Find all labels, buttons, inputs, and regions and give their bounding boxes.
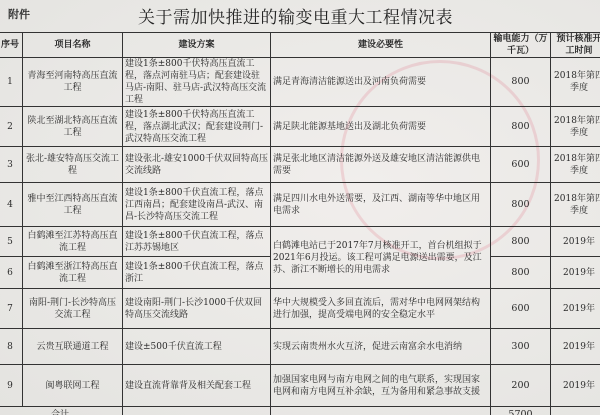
table-row: 2 陕北至湖北特高压直流工程 建设1条±800千伏特高压直流工程，落点湖北武汉；… [0,107,600,147]
cell-necessity: 满足青海清洁能源送出及河南负荷需要 [271,58,491,107]
cell-start: 2018年第四季度 [551,147,600,183]
cell-name: 闽粤联网工程 [23,365,123,407]
cell-necessity: 满足四川水电外送需要，及江西、湖南等华中地区用电需求 [271,183,491,227]
header-seq: 序号 [0,33,23,58]
cell-seq: 6 [0,257,23,289]
cell-name: 青海至河南特高压直流工程 [23,58,123,107]
cell-name: 张北-雄安特高压交流工程 [23,147,123,183]
cell-seq: 9 [0,365,23,407]
cell-start: 2019年 [551,289,600,329]
cell-name: 白鹤滩至浙江特高压直流工程 [23,257,123,289]
cell-capacity: 200 [491,365,551,407]
cell-plan: 建设±500千伏直流工程 [123,329,271,365]
document-page: 附件 关于需加快推进的输变电重大工程情况表 序号 项目名称 建设方案 建设必要性… [0,0,600,415]
cell-capacity: 800 [491,227,551,257]
total-capacity: 5700 [491,407,551,415]
cell-seq: 3 [0,147,23,183]
cell-plan: 建设直流背靠背及相关配套工程 [123,365,271,407]
cell-necessity: 实现云南贵州水火互济，促进云南富余水电消纳 [271,329,491,365]
total-label: 合计 [0,407,123,415]
cell-seq: 2 [0,107,23,147]
cell-seq: 4 [0,183,23,227]
total-row: 合计 5700 [0,407,600,415]
cell-seq: 5 [0,227,23,257]
table-row: 4 雅中至江西特高压直流工程 建设1条±800千伏直流工程，落点江西南昌；配套建… [0,183,600,227]
cell-seq: 8 [0,329,23,365]
page-title: 关于需加快推进的输变电重大工程情况表 [138,3,453,28]
cell-name: 陕北至湖北特高压直流工程 [23,107,123,147]
cell-start: 2019年 [551,365,600,407]
header-start: 预计核准开工时间 [551,33,600,58]
cell-name: 白鹤滩至江苏特高压直流工程 [23,227,123,257]
cell-start: 2018年第四季度 [551,107,600,147]
cell-capacity: 600 [491,289,551,329]
table-row: 5 白鹤滩至江苏特高压直流工程 建设1条±800千伏直流工程，落点江苏苏锡地区 … [0,227,600,257]
cell-name: 南阳-荆门-长沙特高压交流工程 [23,289,123,329]
header-row: 序号 项目名称 建设方案 建设必要性 输电能力（万千瓦） 预计核准开工时间 [0,33,600,58]
cell-capacity: 800 [491,183,551,227]
cell-start: 2019年 [551,227,600,257]
table-row: 1 青海至河南特高压直流工程 建设1条±800千伏特高压直流工程，落点河南驻马店… [0,58,600,107]
cell-capacity: 600 [491,147,551,183]
cell-plan: 建设1条±800千伏特高压直流工程，落点湖北武汉；配套建设荆门-武汉特高压交流工… [123,107,271,147]
cell-start: 2019年 [551,257,600,289]
cell-start: 2019年 [551,329,600,365]
header-name: 项目名称 [23,33,123,58]
table-row: 8 云贵互联通道工程 建设±500千伏直流工程 实现云南贵州水火互济，促进云南富… [0,329,600,365]
cell-necessity: 华中大规模受入多回直流后，需对华中电网网架结构进行加强，提高受端电网的安全稳定水… [271,289,491,329]
cell-necessity: 满足陕北能源基地送出及湖北负荷需要 [271,107,491,147]
cell-start: 2018年第四季度 [551,58,600,107]
cell-capacity: 300 [491,329,551,365]
cell-start: 2018年第四季度 [551,183,600,227]
table-row: 3 张北-雄安特高压交流工程 建设张北-雄安1000千伏双回特高压交流线路 满足… [0,147,600,183]
cell-plan: 建设1条±800千伏直流工程，落点江西南昌；配套建设南昌-武汉、南昌-长沙特高压… [123,183,271,227]
cell-necessity: 白鹤滩电站已于2017年7月核准开工，首台机组拟于2021年6月投运。该工程可满… [271,227,491,289]
table-row: 9 闽粤联网工程 建设直流背靠背及相关配套工程 加强国家电网与南方电网之间的电气… [0,365,600,407]
cell-capacity: 800 [491,107,551,147]
cell-plan: 建设1条±800千伏直流工程，落点浙江 [123,257,271,289]
table-row: 7 南阳-荆门-长沙特高压交流工程 建设南阳-荆门-长沙1000千伏双回特高压交… [0,289,600,329]
cell-capacity: 800 [491,257,551,289]
cell-seq: 1 [0,58,23,107]
cell-necessity: 满足张北地区清洁能源外送及雄安地区清洁能源供电需要 [271,147,491,183]
cell-plan: 建设张北-雄安1000千伏双回特高压交流线路 [123,147,271,183]
header-capacity: 输电能力（万千瓦） [491,33,551,58]
projects-table: 序号 项目名称 建设方案 建设必要性 输电能力（万千瓦） 预计核准开工时间 1 … [0,32,600,415]
cell-seq: 7 [0,289,23,329]
header-necessity: 建设必要性 [271,33,491,58]
cell-name: 云贵互联通道工程 [23,329,123,365]
cell-plan: 建设南阳-荆门-长沙1000千伏双回特高压交流线路 [123,289,271,329]
total-start-empty [551,407,600,415]
total-necessity-empty [271,407,491,415]
header-plan: 建设方案 [123,33,271,58]
cell-necessity: 加强国家电网与南方电网之间的电气联系，实现国家电网和南方电网互补余缺，互为备用和… [271,365,491,407]
cell-plan: 建设1条±800千伏特高压直流工程，落点河南驻马店；配套建设驻马店-南阳、驻马店… [123,58,271,107]
cell-plan: 建设1条±800千伏直流工程，落点江苏苏锡地区 [123,227,271,257]
cell-name: 雅中至江西特高压直流工程 [23,183,123,227]
cell-capacity: 800 [491,58,551,107]
total-plan-empty [123,407,271,415]
attachment-label: 附件 [8,6,30,22]
